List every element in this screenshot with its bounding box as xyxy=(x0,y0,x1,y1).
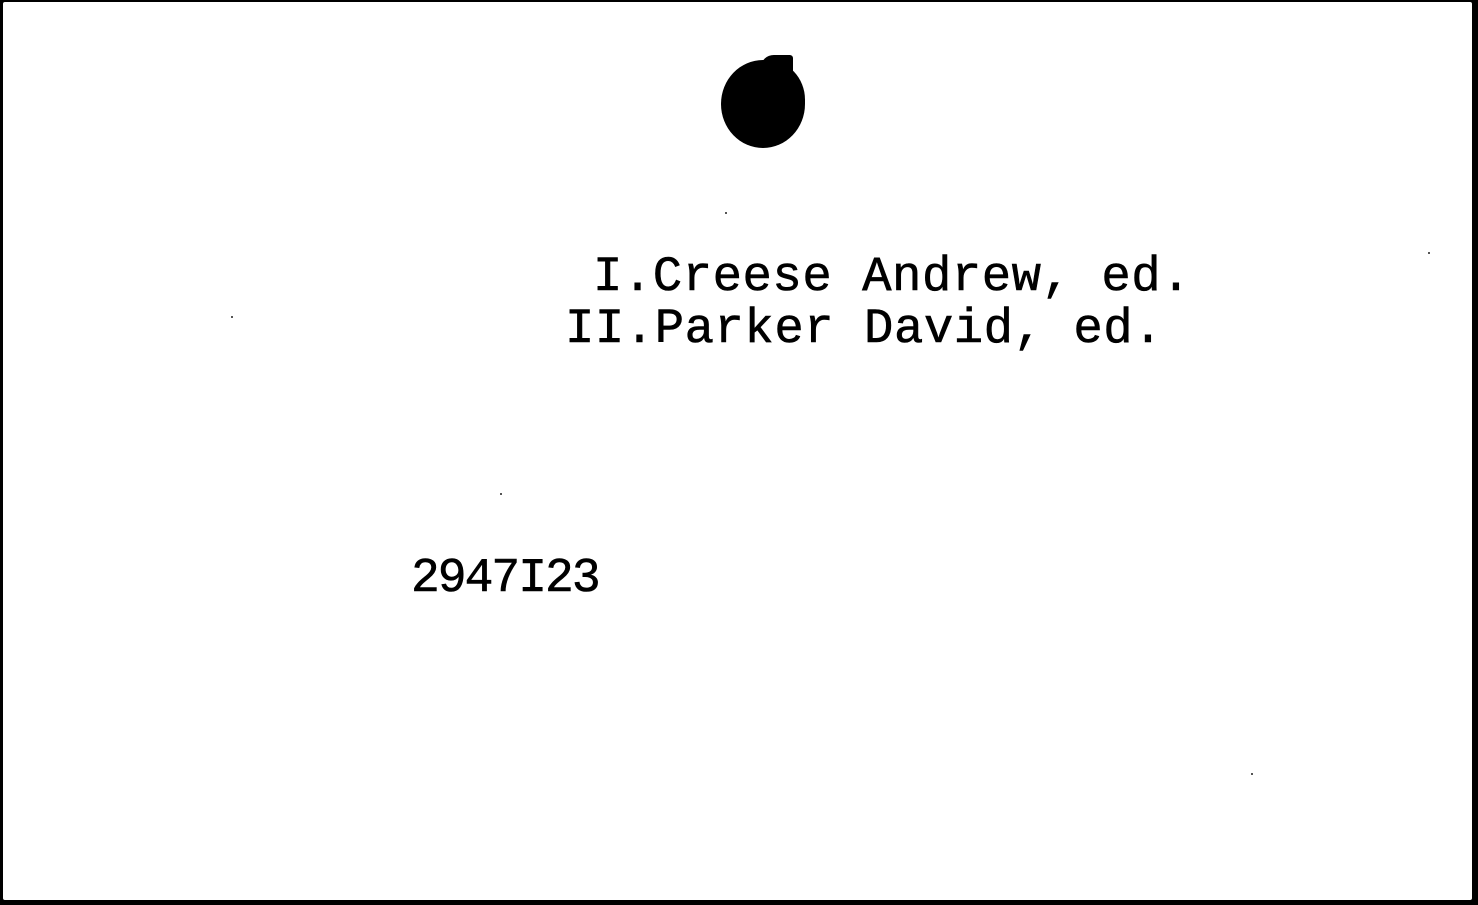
speck xyxy=(231,316,233,318)
speck xyxy=(1251,773,1253,775)
speck xyxy=(500,493,502,495)
speck xyxy=(725,212,727,214)
catalog-card: I.Creese Andrew, ed. II.Parker David, ed… xyxy=(3,2,1472,900)
accession-number: 2947I23 xyxy=(411,552,599,606)
added-entry-1: I.Creese Andrew, ed. xyxy=(593,249,1191,305)
added-entry-2: II.Parker David, ed. xyxy=(565,301,1163,357)
speck xyxy=(1428,252,1430,254)
